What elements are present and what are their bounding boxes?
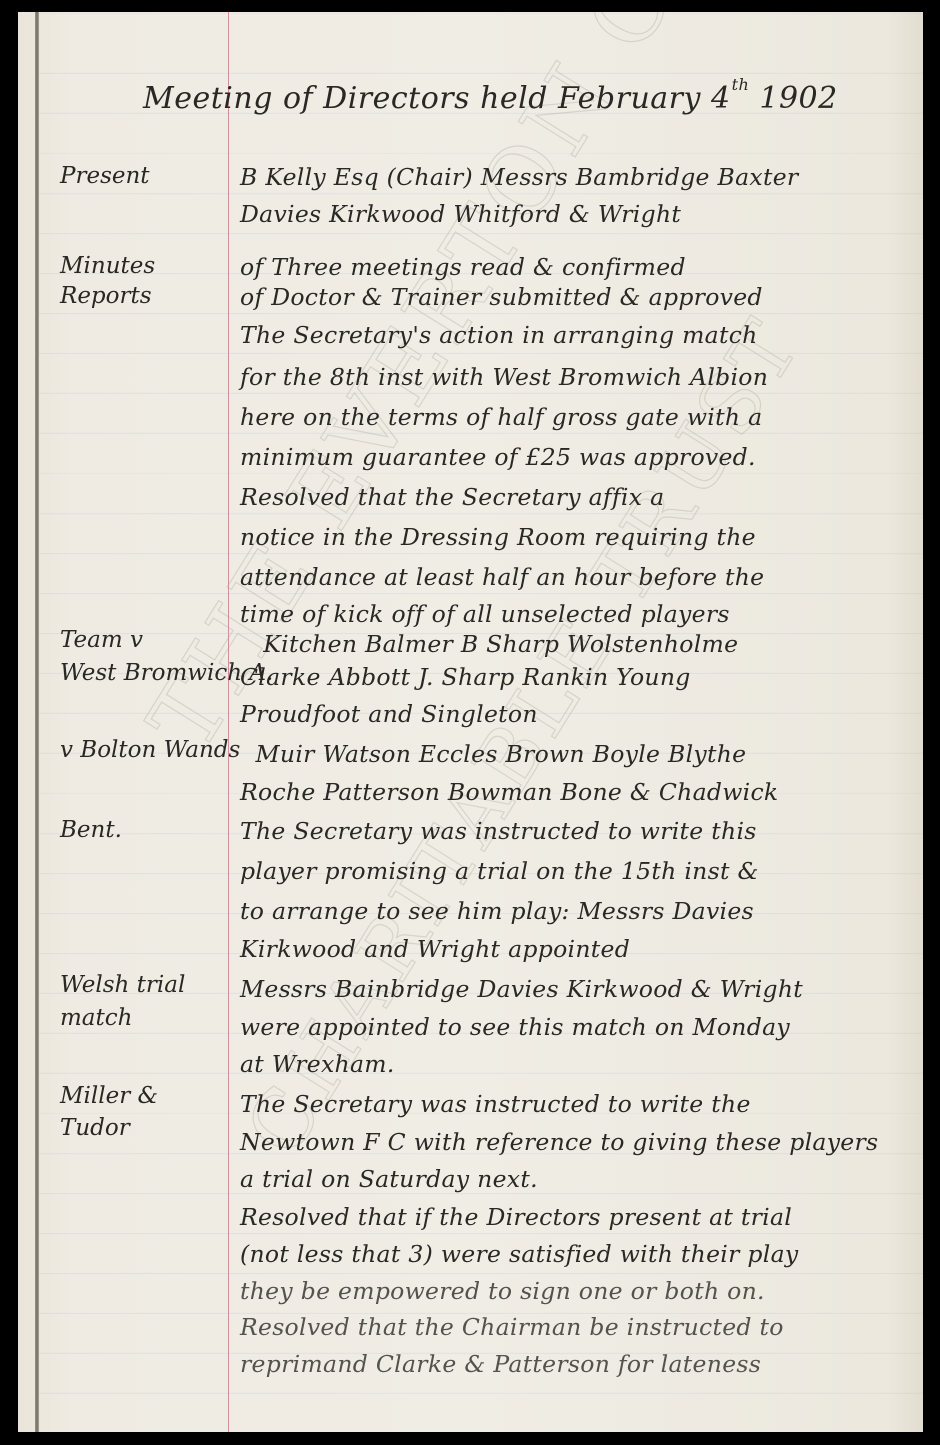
minutes-line: of Doctor & Trainer submitted & approved — [240, 283, 763, 311]
heading-text: Meeting of Directors held February 4 — [143, 81, 731, 116]
minutes-line: B Kelly Esq (Chair) Messrs Bambridge Bax… — [240, 163, 798, 191]
minutes-line: they be empowered to sign one or both on… — [240, 1277, 765, 1305]
minutes-line: Kitchen Balmer B Sharp Wolstenholme — [240, 630, 738, 658]
margin-note: Minutes — [60, 253, 155, 279]
minutes-line: Clarke Abbott J. Sharp Rankin Young — [240, 663, 691, 691]
minutes-line: Resolved that if the Directors present a… — [240, 1203, 792, 1231]
margin-note: Bent. — [60, 817, 122, 843]
margin-note: v Bolton Wands — [60, 737, 240, 763]
minutes-line: for the 8th inst with West Bromwich Albi… — [240, 363, 768, 391]
minutes-line: Newtown F C with reference to giving the… — [240, 1128, 878, 1156]
minutes-line: a trial on Saturday next. — [240, 1165, 538, 1193]
red-margin-rule — [228, 12, 229, 1432]
minutes-line: Roche Patterson Bowman Bone & Chadwick — [240, 778, 778, 806]
minutes-line: minimum guarantee of £25 was approved. — [240, 443, 756, 471]
minutes-line: here on the terms of half gross gate wit… — [240, 403, 762, 431]
minutes-line: attendance at least half an hour before … — [240, 563, 764, 591]
minutes-line: Proudfoot and Singleton — [240, 700, 538, 728]
minutes-line: Kirkwood and Wright appointed — [240, 935, 630, 963]
minutes-line: notice in the Dressing Room requiring th… — [240, 523, 756, 551]
minutes-line: Davies Kirkwood Whitford & Wright — [240, 200, 681, 228]
minutes-line: were appointed to see this match on Mond… — [240, 1013, 790, 1041]
margin-note: Team v — [60, 627, 143, 653]
margin-note: Reports — [60, 283, 152, 309]
binding-edge — [35, 12, 39, 1432]
heading-year: 1902 — [759, 81, 837, 116]
margin-note: Present — [60, 163, 150, 189]
heading-ordinal: th — [732, 75, 750, 94]
minutes-line: (not less that 3) were satisfied with th… — [240, 1240, 798, 1268]
minutes-line: Muir Watson Eccles Brown Boyle Blythe — [240, 740, 746, 768]
minutes-line: reprimand Clarke & Patterson for latenes… — [240, 1350, 761, 1378]
ledger-page: THE EVERTON COLLECTION CHARITABLE TRUST … — [18, 12, 923, 1432]
minutes-line: player promising a trial on the 15th ins… — [240, 857, 759, 885]
minutes-line: time of kick off of all unselected playe… — [240, 600, 730, 628]
minutes-line: at Wrexham. — [240, 1050, 395, 1078]
minutes-line: The Secretary was instructed to write th… — [240, 1090, 751, 1118]
minutes-line: Resolved that the Chairman be instructed… — [240, 1313, 784, 1341]
minutes-line: Resolved that the Secretary affix a — [240, 483, 664, 511]
minutes-line: of Three meetings read & confirmed — [240, 253, 686, 281]
minutes-line: The Secretary was instructed to write th… — [240, 817, 757, 845]
page-heading: Meeting of Directors held February 4th 1… — [143, 75, 838, 116]
margin-note: match — [60, 1005, 132, 1031]
minutes-line: Messrs Bainbridge Davies Kirkwood & Wrig… — [240, 975, 803, 1003]
minutes-line: The Secretary's action in arranging matc… — [240, 321, 758, 349]
margin-note: Welsh trial — [60, 972, 185, 998]
margin-note: Miller & — [60, 1083, 158, 1109]
margin-note: Tudor — [60, 1115, 130, 1141]
minutes-line: to arrange to see him play: Messrs Davie… — [240, 897, 754, 925]
